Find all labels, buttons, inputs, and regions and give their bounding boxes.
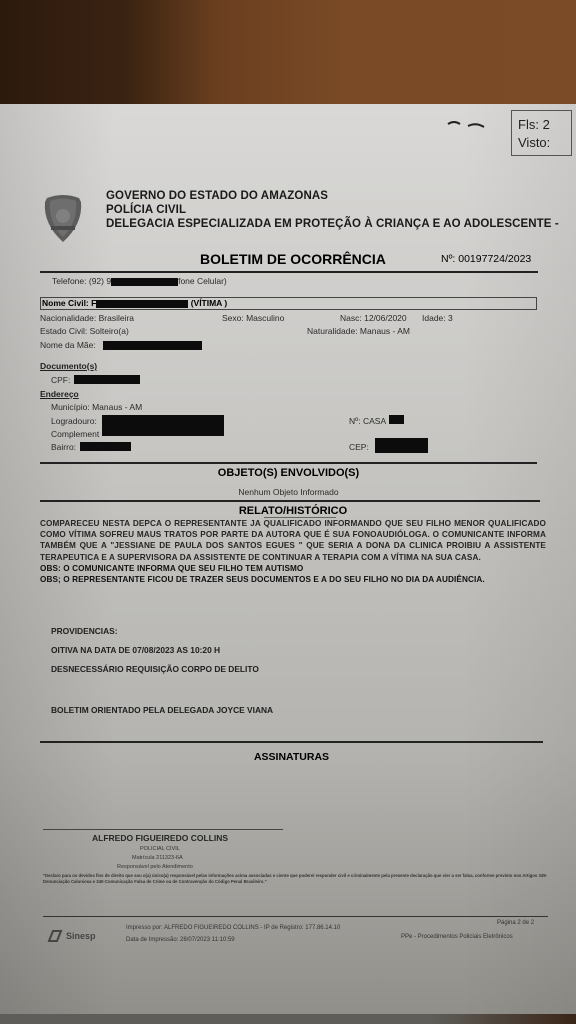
visto-label: Visto:	[518, 134, 571, 152]
folha-visto-box: Fls: 2 Visto:	[511, 110, 572, 156]
divider	[40, 462, 537, 464]
sexo: Sexo: Masculino	[222, 313, 284, 323]
header-line-delegacia: DELEGACIA ESPECIALIZADA EM PROTEÇÃO À CR…	[106, 218, 559, 230]
header-line-policia: POLÍCIA CIVIL	[106, 204, 186, 216]
handwritten-mark-icon	[446, 118, 488, 132]
redacted-numero	[389, 415, 404, 424]
signer-function: Responsável pelo Atendimento	[117, 864, 193, 870]
telefone-field: Telefone: (92) 9fone Celular)	[52, 276, 227, 286]
objetos-value: Nenhum Objeto Informado	[40, 487, 537, 497]
telefone-suffix: fone Celular)	[178, 276, 227, 286]
redacted-name	[96, 300, 188, 308]
vitima-label: (VÍTIMA )	[191, 298, 228, 308]
redacted-cpf	[74, 375, 140, 384]
municipio: Município: Manaus - AM	[51, 402, 142, 412]
relato-text: COMPARECEU NESTA DEPCA O REPRESENTANTE J…	[40, 518, 546, 563]
naturalidade: Naturalidade: Manaus - AM	[307, 326, 410, 336]
providencias-heading: PROVIDENCIAS:	[51, 626, 118, 636]
redacted-logradouro	[102, 415, 224, 436]
estado-civil: Estado Civil: Solteiro(a)	[40, 326, 129, 336]
policia-civil-badge-icon	[41, 192, 85, 244]
header-line-government: GOVERNO DO ESTADO DO AMAZONAS	[106, 190, 328, 202]
boletim-number: Nº: 00197724/2023	[441, 253, 531, 265]
redacted-phone	[111, 278, 178, 286]
page-number: Página 2 de 2	[497, 920, 534, 926]
redacted-cep	[375, 438, 428, 453]
data-impressao: Data de Impressão: 28/07/2023 11:10:59	[126, 937, 235, 943]
cpf-label: CPF:	[51, 375, 70, 385]
redacted-mother-name	[103, 341, 202, 350]
nome-mae-label: Nome da Mãe:	[40, 340, 96, 350]
relato-obs-autismo: OBS: O COMUNICANTE INFORMA QUE SEU FILHO…	[40, 563, 546, 574]
divider	[40, 500, 540, 502]
table-edge	[0, 1014, 576, 1024]
redacted-bairro	[80, 442, 131, 451]
documentos-heading: Documento(s)	[40, 361, 97, 371]
logradouro-label: Logradouro:	[51, 416, 97, 426]
endereco-heading: Endereço	[40, 389, 79, 399]
sinesp-logo-text: Sinesp	[66, 931, 96, 941]
bairro-label: Bairro:	[51, 442, 76, 452]
document-title: BOLETIM DE OCORRÊNCIA	[200, 251, 386, 267]
numero-casa-label: Nº: CASA	[349, 416, 386, 426]
footer-divider	[43, 916, 548, 917]
divider	[40, 271, 538, 273]
signature-line	[43, 829, 283, 830]
assinaturas-heading: ASSINATURAS	[40, 751, 543, 763]
nome-civil-label: Nome Civil: F	[42, 298, 96, 308]
sinesp-logo: Sinesp	[47, 929, 96, 943]
complemento-label: Complement	[51, 429, 99, 439]
signer-role: POLICIAL CIVIL	[140, 846, 180, 852]
sinesp-logo-icon	[47, 929, 63, 943]
telefone-prefix: Telefone: (92) 9	[52, 276, 111, 286]
cep-label: CEP:	[349, 442, 369, 452]
providencia-oitiva: OITIVA NA DATA DE 07/08/2023 AS 10:20 H	[51, 645, 220, 655]
relato-obs-documentos: OBS; O REPRESENTANTE FICOU DE TRAZER SEU…	[40, 574, 546, 585]
declaration-disclaimer: "Declaro para os devidos fins de direito…	[43, 873, 548, 885]
signer-matricula: Matrícula 211323-6A	[132, 855, 183, 861]
objetos-heading: OBJETO(S) ENVOLVIDO(S)	[40, 467, 537, 479]
fls-value: 2	[543, 117, 550, 132]
impresso-por: Impresso por: ALFREDO FIGUEIREDO COLLINS…	[126, 925, 340, 931]
relato-heading: RELATO/HISTÓRICO	[40, 505, 546, 517]
providencia-delegada: BOLETIM ORIENTADO PELA DELEGADA JOYCE VI…	[51, 705, 273, 715]
idade: Idade: 3	[422, 313, 453, 323]
nome-civil-field: Nome Civil: F (VÍTIMA )	[42, 298, 227, 308]
nacionalidade: Nacionalidade: Brasileira	[40, 313, 134, 323]
divider	[40, 741, 543, 743]
sistema-ppe: PPe - Procedimentos Policiais Eletrônico…	[401, 934, 513, 940]
providencia-corpo-delito: DESNECESSÁRIO REQUISIÇÃO CORPO DE DELITO	[51, 664, 259, 674]
wooden-table-background	[0, 0, 576, 112]
fls-label: Fls:	[518, 117, 539, 132]
relato-body: COMPARECEU NESTA DEPCA O REPRESENTANTE J…	[40, 518, 546, 585]
nascimento: Nasc: 12/06/2020	[340, 313, 407, 323]
signer-name: ALFREDO FIGUEIREDO COLLINS	[92, 833, 228, 843]
